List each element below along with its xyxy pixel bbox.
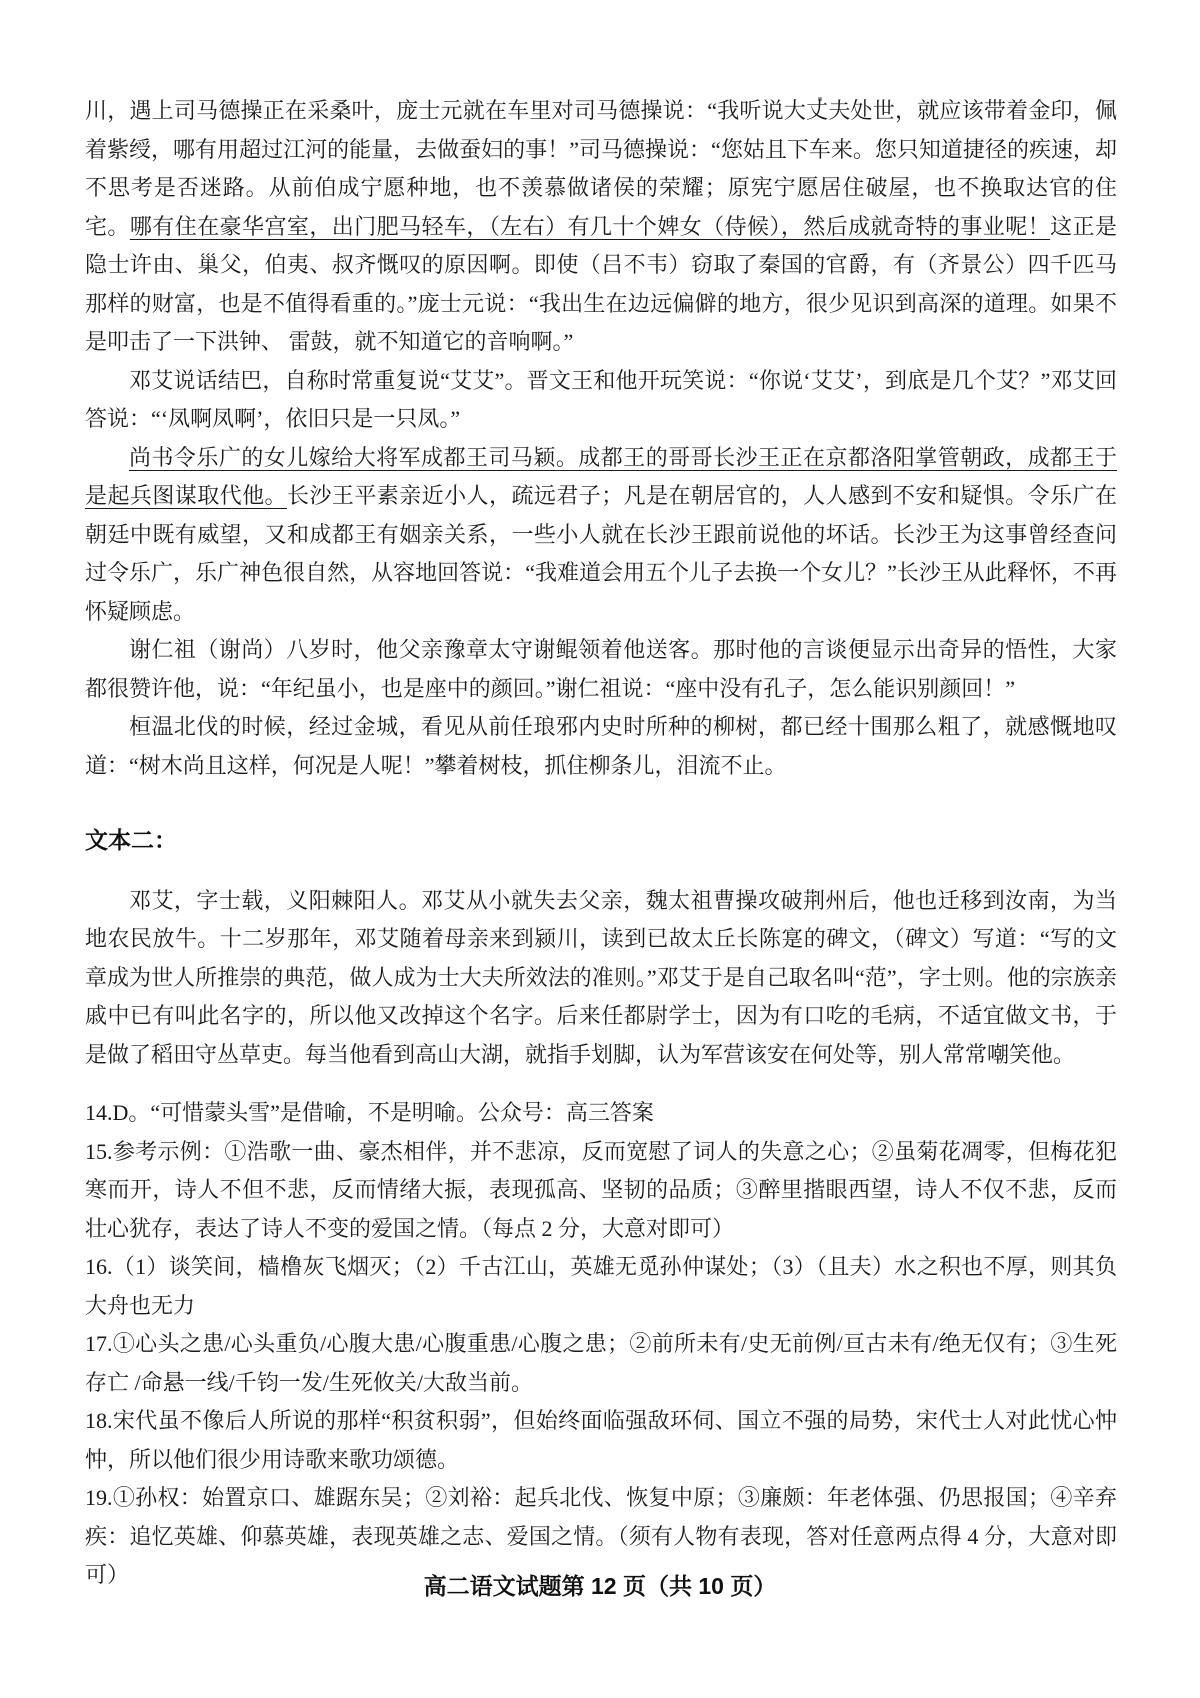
answers-section: 14.D。“可惜蒙头雪”是借喻，不是明喻。公众号：高三答案15.参考示例：①浩歌… (85, 1094, 1117, 1595)
text-run: 18.宋代虽不像后人所说的那样“积贫积弱”，但始终面临强敌环伺、国立不强的局势，… (85, 1408, 1117, 1472)
answer-item: 17.①心头之患/心头重负/心腹大患/心腹重患/心腹之患；②前所未有/史无前例/… (85, 1325, 1117, 1402)
text-run: 谢仁祖（谢尚）八岁时，他父亲豫章太守谢鲲领着他送客。那时他的言谈便显示出奇异的悟… (85, 637, 1117, 701)
paragraph: 邓艾，字士载，义阳棘阳人。邓艾从小就失去父亲，魏太祖曹操攻破荆州后，他也迁移到汝… (85, 882, 1117, 1075)
page-content: 川，遇上司马德操正在采桑叶，庞士元就在车里对司马德操说：“我听说大丈夫处世，就应… (85, 92, 1117, 1595)
answer-item: 15.参考示例：①浩歌一曲、豪杰相伴，并不悲凉，反而宽慰了词人的失意之心；②虽菊… (85, 1133, 1117, 1249)
text-run: 16.（1）谈笑间，樯橹灰飞烟灭；（2）千古江山，英雄无觅孙仲谋处；（3）（且夫… (85, 1254, 1117, 1318)
page-footer: 高二语文试题第 12 页（共 10 页） (0, 1568, 1200, 1601)
paragraph: 邓艾说话结巴，自称时常重复说“艾艾”。晋文王和他开玩笑说：“你说‘艾艾’，到底是… (85, 362, 1117, 439)
underlined-text-run: 哪有住在豪华宫室，出门肥马轻车，（左右）有几十个婢女（侍候），然后成就奇特的事业… (130, 214, 1050, 239)
text-run: 17.①心头之患/心头重负/心腹大患/心腹重患/心腹之患；②前所未有/史无前例/… (85, 1331, 1117, 1395)
paragraph: 桓温北伐的时候，经过金城，看见从前任琅邪内史时所种的柳树，都已经十围那么粗了，就… (85, 708, 1117, 785)
text-run: 桓温北伐的时候，经过金城，看见从前任琅邪内史时所种的柳树，都已经十围那么粗了，就… (85, 714, 1117, 778)
text-two-heading: 文本二： (85, 821, 1117, 860)
answer-item: 16.（1）谈笑间，樯橹灰飞烟灭；（2）千古江山，英雄无觅孙仲谋处；（3）（且夫… (85, 1248, 1117, 1325)
text-run: 15.参考示例：①浩歌一曲、豪杰相伴，并不悲凉，反而宽慰了词人的失意之心；②虽菊… (85, 1139, 1117, 1241)
text-run: 邓艾说话结巴，自称时常重复说“艾艾”。晋文王和他开玩笑说：“你说‘艾艾’，到底是… (85, 368, 1117, 432)
paragraph: 谢仁祖（谢尚）八岁时，他父亲豫章太守谢鲲领着他送客。那时他的言谈便显示出奇异的悟… (85, 631, 1117, 708)
answer-item: 18.宋代虽不像后人所说的那样“积贫积弱”，但始终面临强敌环伺、国立不强的局势，… (85, 1402, 1117, 1479)
text-run: 14.D。“可惜蒙头雪”是借喻，不是明喻。公众号：高三答案 (85, 1100, 654, 1125)
paragraph: 尚书令乐广的女儿嫁给大将军成都王司马颖。成都王的哥哥长沙王正在京都洛阳掌管朝政，… (85, 439, 1117, 632)
text-one-translation: 川，遇上司马德操正在采桑叶，庞士元就在车里对司马德操说：“我听说大丈夫处世，就应… (85, 92, 1117, 785)
exam-answer-page: 川，遇上司马德操正在采桑叶，庞士元就在车里对司马德操说：“我听说大丈夫处世，就应… (0, 0, 1200, 1698)
paragraph: 川，遇上司马德操正在采桑叶，庞士元就在车里对司马德操说：“我听说大丈夫处世，就应… (85, 92, 1117, 362)
text-run: 邓艾，字士载，义阳棘阳人。邓艾从小就失去父亲，魏太祖曹操攻破荆州后，他也迁移到汝… (85, 888, 1117, 1067)
answer-item: 14.D。“可惜蒙头雪”是借喻，不是明喻。公众号：高三答案 (85, 1094, 1117, 1133)
text-two-translation: 邓艾，字士载，义阳棘阳人。邓艾从小就失去父亲，魏太祖曹操攻破荆州后，他也迁移到汝… (85, 882, 1117, 1075)
